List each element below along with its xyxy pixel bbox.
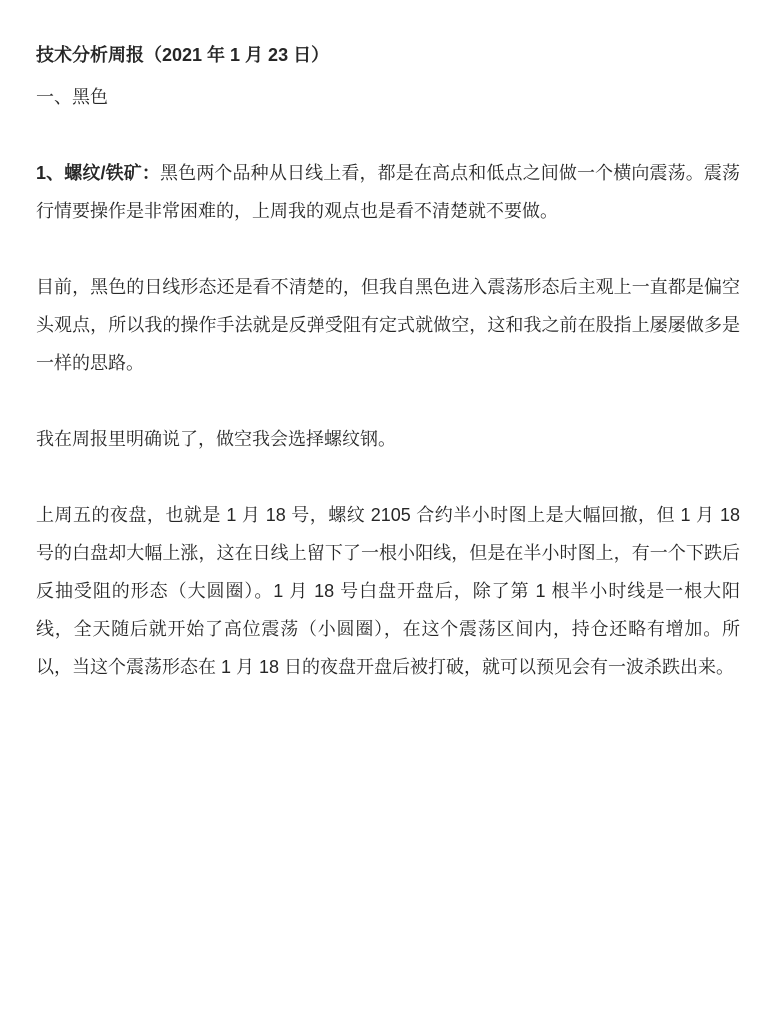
section-heading: 一、黑色 — [36, 78, 740, 116]
paragraph-current-view: 目前，黑色的日线形态还是看不清楚的，但我自黑色进入震荡形态后主观上一直都是偏空头… — [36, 268, 740, 382]
paragraph-short-choice: 我在周报里明确说了，做空我会选择螺纹钢。 — [36, 420, 740, 458]
document-content: 技术分析周报（2021 年 1 月 23 日） 一、黑色 1、螺纹/铁矿：黑色两… — [0, 0, 768, 726]
report-title: 技术分析周报（2021 年 1 月 23 日） — [36, 36, 740, 74]
document-page: 技术分析周报（2021 年 1 月 23 日） 一、黑色 1、螺纹/铁矿：黑色两… — [0, 0, 768, 1024]
paragraph-spiral-iron: 1、螺纹/铁矿：黑色两个品种从日线上看，都是在高点和低点之间做一个横向震荡。震荡… — [36, 154, 740, 230]
paragraph-friday-night-session: 上周五的夜盘，也就是 1 月 18 号，螺纹 2105 合约半小时图上是大幅回撤… — [36, 496, 740, 686]
paragraph-lead-bold: 1、螺纹/铁矿： — [36, 163, 160, 183]
